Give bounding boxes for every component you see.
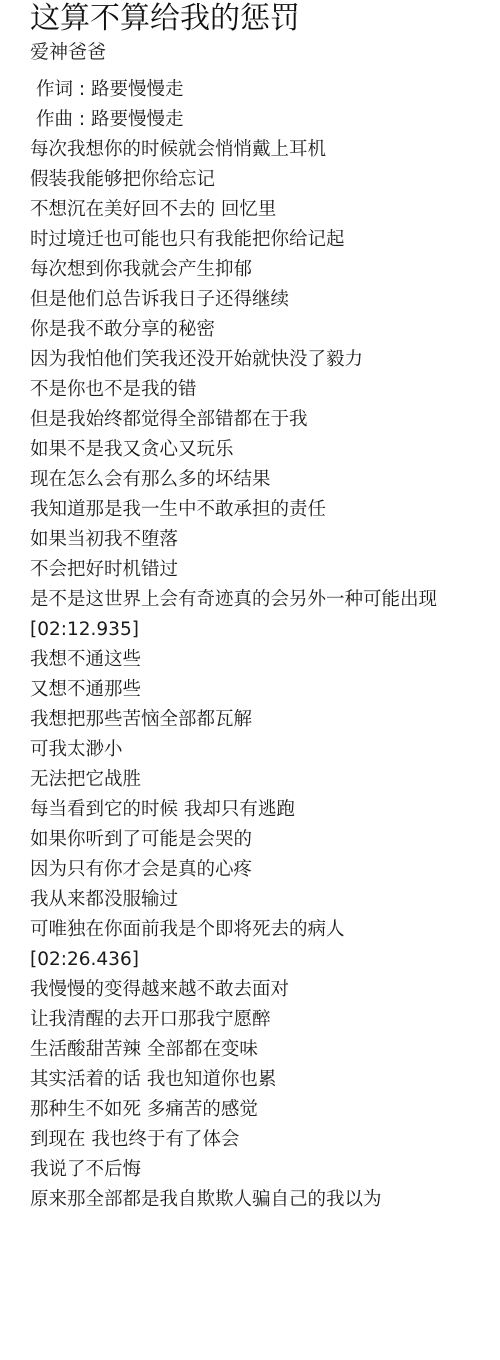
lyric-line: 我知道那是我一生中不敢承担的责任 xyxy=(30,495,500,525)
lyric-line: 又想不通那些 xyxy=(30,675,500,705)
lyric-line: 每次想到你我就会产生抑郁 xyxy=(30,255,500,285)
lyric-line: 我想不通这些 xyxy=(30,645,500,675)
lyric-timestamp: [02:26.436] xyxy=(30,945,500,975)
lyric-line: 时过境迁也可能也只有我能把你给记起 xyxy=(30,225,500,255)
lyric-line: 每当看到它的时候 我却只有逃跑 xyxy=(30,795,500,825)
lyric-line: 不是你也不是我的错 xyxy=(30,375,500,405)
lyric-line: 那种生不如死 多痛苦的感觉 xyxy=(30,1095,500,1125)
artist-name: 爱神爸爸 xyxy=(30,37,500,67)
lyric-line: 原来那全部都是我自欺欺人骗自己的我以为 xyxy=(30,1185,500,1215)
lyric-line: 假装我能够把你给忘记 xyxy=(30,165,500,195)
lyric-timestamp: [02:12.935] xyxy=(30,615,500,645)
lyric-line: 无法把它战胜 xyxy=(30,765,500,795)
lyric-line: 生活酸甜苦辣 全部都在变味 xyxy=(30,1035,500,1065)
lyric-line: 不想沉在美好回不去的 回忆里 xyxy=(30,195,500,225)
lyric-line: 让我清醒的去开口那我宁愿醉 xyxy=(30,1005,500,1035)
lyricist-credit: 作词 : 路要慢慢走 xyxy=(30,75,500,105)
lyric-line: 可我太渺小 xyxy=(30,735,500,765)
lyric-line: 不会把好时机错过 xyxy=(30,555,500,585)
lyric-line: 但是他们总告诉我日子还得继续 xyxy=(30,285,500,315)
lyric-line: 到现在 我也终于有了体会 xyxy=(30,1125,500,1155)
lyric-line: 如果你听到了可能是会哭的 xyxy=(30,825,500,855)
lyric-line: 每次我想你的时候就会悄悄戴上耳机 xyxy=(30,135,500,165)
lyric-line: 因为我怕他们笑我还没开始就快没了毅力 xyxy=(30,345,500,375)
lyric-line: 但是我始终都觉得全部错都在于我 xyxy=(30,405,500,435)
lyrics-body: 作词 : 路要慢慢走 作曲 : 路要慢慢走 每次我想你的时候就会悄悄戴上耳机 假… xyxy=(30,75,500,1215)
lyric-line: 我从来都没服输过 xyxy=(30,885,500,915)
lyric-line: 可唯独在你面前我是个即将死去的病人 xyxy=(30,915,500,945)
lyric-line: 如果当初我不堕落 xyxy=(30,525,500,555)
lyric-line: 因为只有你才会是真的心疼 xyxy=(30,855,500,885)
lyric-line: 是不是这世界上会有奇迹真的会另外一种可能出现 xyxy=(30,585,500,615)
lyrics-page: 这算不算给我的惩罚 爱神爸爸 作词 : 路要慢慢走 作曲 : 路要慢慢走 每次我… xyxy=(0,0,500,1360)
lyric-line: 现在怎么会有那么多的坏结果 xyxy=(30,465,500,495)
song-title: 这算不算给我的惩罚 xyxy=(30,0,500,37)
lyric-line: 我想把那些苦恼全部都瓦解 xyxy=(30,705,500,735)
lyric-line: 如果不是我又贪心又玩乐 xyxy=(30,435,500,465)
lyric-line: 你是我不敢分享的秘密 xyxy=(30,315,500,345)
lyric-line: 我慢慢的变得越来越不敢去面对 xyxy=(30,975,500,1005)
composer-credit: 作曲 : 路要慢慢走 xyxy=(30,105,500,135)
lyric-line: 我说了不后悔 xyxy=(30,1155,500,1185)
lyric-line: 其实活着的话 我也知道你也累 xyxy=(30,1065,500,1095)
